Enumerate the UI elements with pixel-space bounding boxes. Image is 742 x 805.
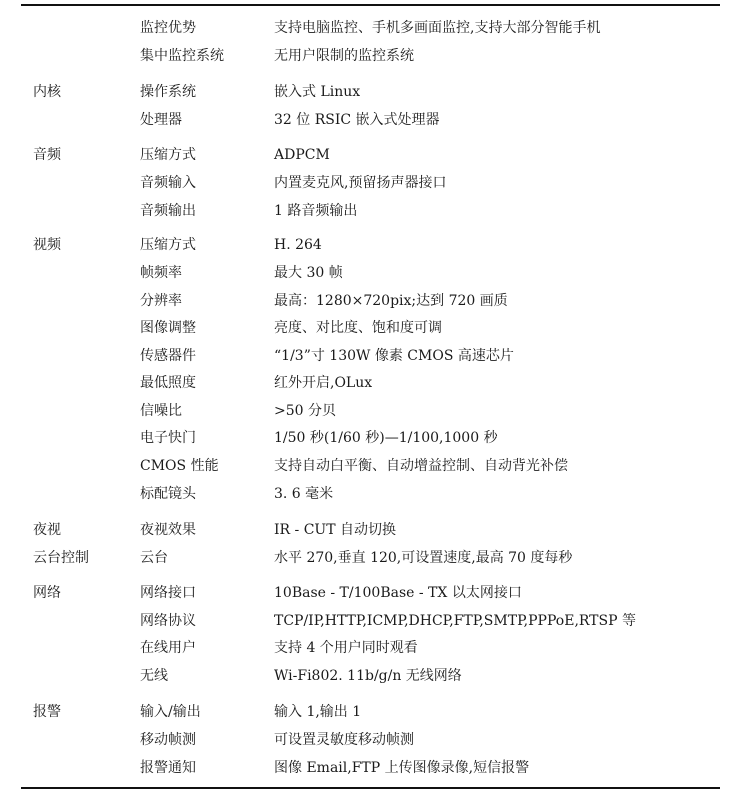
table-row: 集中监控系统无用户限制的监控系统 bbox=[0, 44, 742, 68]
item-cell: 压缩方式 bbox=[140, 143, 196, 167]
table-row: 电子快门1/50 秒(1/60 秒)—1/100,1000 秒 bbox=[0, 426, 742, 450]
item-cell: CMOS 性能 bbox=[140, 454, 219, 478]
table-row: 图像调整亮度、对比度、饱和度可调 bbox=[0, 316, 742, 340]
table-bottom-rule bbox=[21, 787, 720, 789]
item-cell: 监控优势 bbox=[140, 16, 196, 40]
value-cell: 红外开启,OLux bbox=[274, 371, 372, 395]
category-cell: 夜视 bbox=[33, 518, 61, 542]
value-cell: 最高：1280×720pix;达到 720 画质 bbox=[274, 289, 508, 313]
table-row: 无线Wi-Fi802. 11b/g/n 无线网络 bbox=[0, 664, 742, 688]
value-cell: 10Base - T/100Base - TX 以太网接口 bbox=[274, 581, 522, 605]
item-cell: 网络协议 bbox=[140, 609, 196, 633]
table-row: 音频压缩方式ADPCM bbox=[0, 143, 742, 167]
value-cell: 无用户限制的监控系统 bbox=[274, 44, 414, 68]
item-cell: 图像调整 bbox=[140, 316, 196, 340]
value-cell: Wi-Fi802. 11b/g/n 无线网络 bbox=[274, 664, 462, 688]
table-row: 内核操作系统嵌入式 Linux bbox=[0, 80, 742, 104]
item-cell: 最低照度 bbox=[140, 371, 196, 395]
value-cell: IR - CUT 自动切换 bbox=[274, 518, 396, 542]
table-row: 传感器件“1/3”寸 130W 像素 CMOS 高速芯片 bbox=[0, 344, 742, 368]
value-cell: 支持 4 个用户同时观看 bbox=[274, 636, 418, 660]
value-cell: 嵌入式 Linux bbox=[274, 80, 360, 104]
table-row: 夜视夜视效果IR - CUT 自动切换 bbox=[0, 518, 742, 542]
value-cell: 亮度、对比度、饱和度可调 bbox=[274, 316, 442, 340]
table-row: CMOS 性能支持自动白平衡、自动增益控制、自动背光补偿 bbox=[0, 454, 742, 478]
value-cell: 1/50 秒(1/60 秒)—1/100,1000 秒 bbox=[274, 426, 498, 450]
item-cell: 报警通知 bbox=[140, 756, 196, 780]
value-cell: 最大 30 帧 bbox=[274, 261, 343, 285]
value-cell: TCP/IP,HTTP,ICMP,DHCP,FTP,SMTP,PPPoE,RTS… bbox=[274, 609, 636, 633]
value-cell: 32 位 RSIC 嵌入式处理器 bbox=[274, 108, 440, 132]
item-cell: 信噪比 bbox=[140, 399, 182, 423]
table-row: 监控优势支持电脑监控、手机多画面监控,支持大部分智能手机 bbox=[0, 16, 742, 40]
item-cell: 音频输入 bbox=[140, 171, 196, 195]
value-cell: 1 路音频输出 bbox=[274, 199, 357, 223]
value-cell: 水平 270,垂直 120,可设置速度,最高 70 度每秒 bbox=[274, 546, 572, 570]
item-cell: 夜视效果 bbox=[140, 518, 196, 542]
item-cell: 音频输出 bbox=[140, 199, 196, 223]
table-row: 在线用户支持 4 个用户同时观看 bbox=[0, 636, 742, 660]
table-row: 处理器32 位 RSIC 嵌入式处理器 bbox=[0, 108, 742, 132]
item-cell: 电子快门 bbox=[140, 426, 196, 450]
item-cell: 帧频率 bbox=[140, 261, 182, 285]
item-cell: 无线 bbox=[140, 664, 168, 688]
value-cell: 3. 6 毫米 bbox=[274, 482, 333, 506]
value-cell: >50 分贝 bbox=[274, 399, 336, 423]
table-row: 视频压缩方式H. 264 bbox=[0, 233, 742, 257]
item-cell: 分辨率 bbox=[140, 289, 182, 313]
category-cell: 网络 bbox=[33, 581, 61, 605]
table-row: 帧频率最大 30 帧 bbox=[0, 261, 742, 285]
category-cell: 视频 bbox=[33, 233, 61, 257]
category-cell: 内核 bbox=[33, 80, 61, 104]
value-cell: 可设置灵敏度移动帧测 bbox=[274, 728, 414, 752]
value-cell: “1/3”寸 130W 像素 CMOS 高速芯片 bbox=[274, 344, 514, 368]
table-row: 网络网络接口10Base - T/100Base - TX 以太网接口 bbox=[0, 581, 742, 605]
item-cell: 标配镜头 bbox=[140, 482, 196, 506]
table-row: 网络协议TCP/IP,HTTP,ICMP,DHCP,FTP,SMTP,PPPoE… bbox=[0, 609, 742, 633]
value-cell: 支持电脑监控、手机多画面监控,支持大部分智能手机 bbox=[274, 16, 600, 40]
table-row: 移动帧测可设置灵敏度移动帧测 bbox=[0, 728, 742, 752]
value-cell: 内置麦克风,预留扬声器接口 bbox=[274, 171, 446, 195]
item-cell: 操作系统 bbox=[140, 80, 196, 104]
item-cell: 移动帧测 bbox=[140, 728, 196, 752]
category-cell: 报警 bbox=[33, 700, 61, 724]
table-top-rule bbox=[21, 4, 720, 6]
item-cell: 集中监控系统 bbox=[140, 44, 224, 68]
table-row: 报警输入/输出输入 1,输出 1 bbox=[0, 700, 742, 724]
item-cell: 传感器件 bbox=[140, 344, 196, 368]
value-cell: 图像 Email,FTP 上传图像录像,短信报警 bbox=[274, 756, 529, 780]
category-cell: 云台控制 bbox=[33, 546, 89, 570]
table-row: 最低照度红外开启,OLux bbox=[0, 371, 742, 395]
value-cell: 输入 1,输出 1 bbox=[274, 700, 361, 724]
category-cell: 音频 bbox=[33, 143, 61, 167]
item-cell: 云台 bbox=[140, 546, 168, 570]
table-row: 云台控制云台水平 270,垂直 120,可设置速度,最高 70 度每秒 bbox=[0, 546, 742, 570]
value-cell: 支持自动白平衡、自动增益控制、自动背光补偿 bbox=[274, 454, 568, 478]
table-row: 分辨率最高：1280×720pix;达到 720 画质 bbox=[0, 289, 742, 313]
item-cell: 压缩方式 bbox=[140, 233, 196, 257]
table-row: 音频输入内置麦克风,预留扬声器接口 bbox=[0, 171, 742, 195]
table-row: 标配镜头3. 6 毫米 bbox=[0, 482, 742, 506]
table-row: 音频输出1 路音频输出 bbox=[0, 199, 742, 223]
table-row: 报警通知图像 Email,FTP 上传图像录像,短信报警 bbox=[0, 756, 742, 780]
item-cell: 输入/输出 bbox=[140, 700, 201, 724]
value-cell: ADPCM bbox=[274, 143, 330, 167]
table-row: 信噪比>50 分贝 bbox=[0, 399, 742, 423]
item-cell: 在线用户 bbox=[140, 636, 196, 660]
item-cell: 网络接口 bbox=[140, 581, 196, 605]
value-cell: H. 264 bbox=[274, 233, 322, 257]
item-cell: 处理器 bbox=[140, 108, 182, 132]
